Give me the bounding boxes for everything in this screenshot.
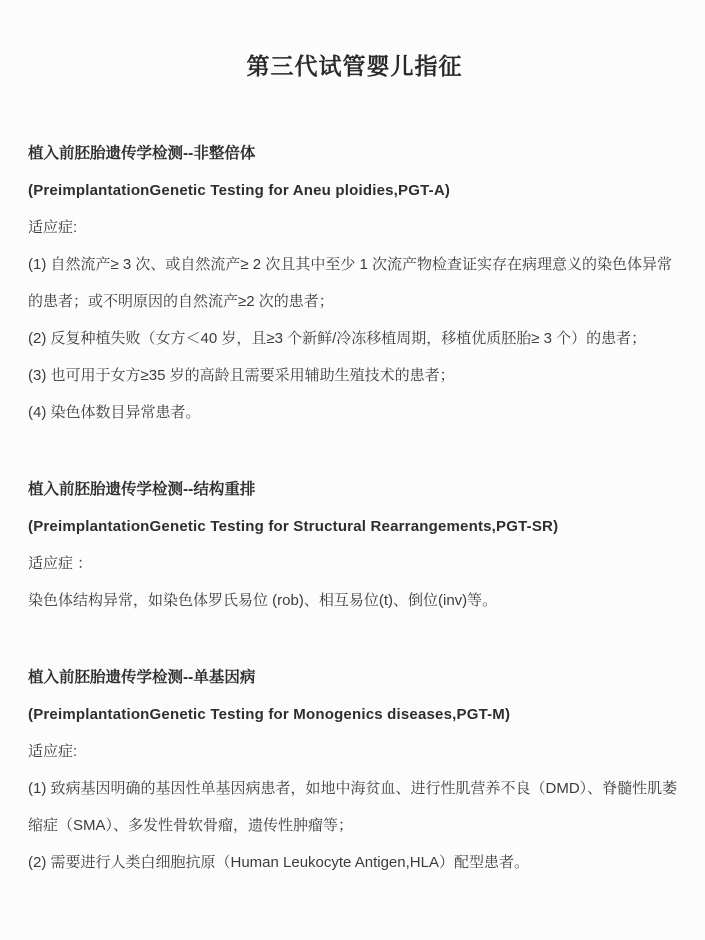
section-heading: 植入前胚胎遗传学检测--单基因病 <box>28 659 681 696</box>
document-page: 第三代试管婴儿指征 植入前胚胎遗传学检测--非整倍体 (Preimplantat… <box>0 0 705 940</box>
indication-item: (1) 致病基因明确的基因性单基因病患者，如地中海贫血、进行性肌营养不良（DMD… <box>28 770 681 844</box>
section-pgt-sr: 植入前胚胎遗传学检测--结构重排 (PreimplantationGenetic… <box>28 471 681 619</box>
section-subheading: (PreimplantationGenetic Testing for Stru… <box>28 508 681 545</box>
indication-item: 染色体结构异常，如染色体罗氏易位 (rob)、相互易位(t)、倒位(inv)等。 <box>28 582 681 619</box>
indication-item: (4) 染色体数目异常患者。 <box>28 394 681 431</box>
indication-item: (1) 自然流产≥ 3 次、或自然流产≥ 2 次且其中至少 1 次流产物检查证实… <box>28 246 681 320</box>
indications-label: 适应症: <box>28 733 681 770</box>
indication-item: (2) 需要进行人类白细胞抗原（Human Leukocyte Antigen,… <box>28 844 681 881</box>
indications-label: 适应症: <box>28 209 681 246</box>
section-heading: 植入前胚胎遗传学检测--非整倍体 <box>28 135 681 172</box>
section-pgt-a: 植入前胚胎遗传学检测--非整倍体 (PreimplantationGenetic… <box>28 135 681 431</box>
page-title: 第三代试管婴儿指征 <box>28 48 681 81</box>
section-pgt-m: 植入前胚胎遗传学检测--单基因病 (PreimplantationGenetic… <box>28 659 681 881</box>
indications-label: 适应症 ： <box>28 545 681 582</box>
section-subheading: (PreimplantationGenetic Testing for Mono… <box>28 696 681 733</box>
section-subheading: (PreimplantationGenetic Testing for Aneu… <box>28 172 681 209</box>
section-heading: 植入前胚胎遗传学检测--结构重排 <box>28 471 681 508</box>
indication-item: (3) 也可用于女方≥35 岁的高龄且需要采用辅助生殖技术的患者； <box>28 357 681 394</box>
indication-item: (2) 反复种植失败（女方＜40 岁，且≥3 个新鲜/冷冻移植周期，移植优质胚胎… <box>28 320 681 357</box>
